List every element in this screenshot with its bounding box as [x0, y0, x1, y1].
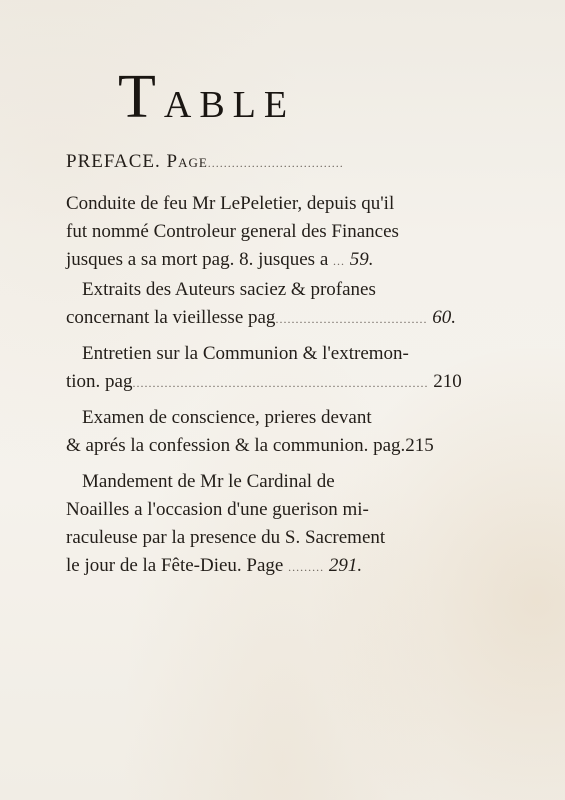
entry-text: Examen de conscience, prieres devant	[82, 407, 372, 428]
page-number: 215	[405, 435, 434, 456]
entry-text: Extraits des Auteurs saciez & profanes	[82, 279, 376, 300]
entry-text: le jour de la Fête-Dieu. Page	[66, 555, 283, 576]
toc-line: Noailles a l'occasion d'une guerison mi-	[66, 496, 502, 524]
page-number: 291.	[329, 555, 362, 576]
toc-line: Extraits des Auteurs saciez & profanes	[82, 276, 502, 304]
entry-text: & aprés la confession & la communion. pa…	[66, 435, 405, 456]
toc-line: le jour de la Fête-Dieu. Page ......... …	[66, 552, 502, 580]
toc-line: Entretien sur la Communion & l'extremon-	[82, 340, 502, 368]
entry-text: PREFACE. Page	[66, 151, 208, 172]
dot-leader: .........	[288, 553, 324, 581]
toc-line: concernant la vieillesse pag............…	[66, 304, 502, 332]
entry-text: Noailles a l'occasion d'une guerison mi-	[66, 499, 369, 520]
toc-entry-extraits: Extraits des Auteurs saciez & profanes c…	[66, 276, 502, 332]
dot-leader: ...	[333, 247, 345, 275]
toc-line: fut nommé Controleur general des Finance…	[66, 218, 486, 246]
entry-text: fut nommé Controleur general des Finance…	[66, 221, 399, 242]
title-initial: T	[118, 63, 164, 131]
toc-line: Conduite de feu Mr LePeletier, depuis qu…	[66, 190, 486, 218]
entry-text: raculeuse par la presence du S. Sacremen…	[66, 527, 385, 548]
manuscript-page: TABLE PREFACE. Page.....................…	[0, 0, 565, 800]
toc-line: Mandement de Mr le Cardinal de	[82, 468, 502, 496]
toc-entry-examen: Examen de conscience, prieres devant & a…	[66, 404, 502, 460]
dot-leader: ......................................	[275, 305, 427, 333]
toc-line: Examen de conscience, prieres devant	[82, 404, 502, 432]
toc-line: tion. pag...............................…	[66, 368, 502, 396]
entry-text: Mandement de Mr le Cardinal de	[82, 471, 335, 492]
entry-text: jusques a sa mort pag. 8. jusques a	[66, 249, 328, 270]
page-title: TABLE	[118, 66, 295, 128]
page-number: 60.	[432, 307, 456, 328]
toc-entry-conduite: Conduite de feu Mr LePeletier, depuis qu…	[66, 190, 486, 274]
entry-text: Entretien sur la Communion & l'extremon-	[82, 343, 409, 364]
entry-text: tion. pag	[66, 371, 133, 392]
entry-text: Conduite de feu Mr LePeletier, depuis qu…	[66, 193, 394, 214]
page-number: 59.	[350, 249, 374, 270]
toc-line: raculeuse par la presence du S. Sacremen…	[66, 524, 502, 552]
dot-leader: ..................................	[208, 149, 344, 177]
page-number: 210	[433, 371, 462, 392]
dot-leader: ........................................…	[133, 369, 429, 397]
entry-text: concernant la vieillesse pag	[66, 307, 275, 328]
toc-line: & aprés la confession & la communion. pa…	[66, 432, 502, 460]
title-rest: ABLE	[164, 84, 295, 126]
toc-line: jusques a sa mort pag. 8. jusques a ... …	[66, 246, 486, 274]
toc-entry-preface: PREFACE. Page...........................…	[66, 148, 486, 176]
toc-entry-entretien: Entretien sur la Communion & l'extremon-…	[66, 340, 502, 396]
toc-entry-mandement: Mandement de Mr le Cardinal de Noailles …	[66, 468, 502, 580]
toc-line: PREFACE. Page...........................…	[66, 148, 486, 176]
